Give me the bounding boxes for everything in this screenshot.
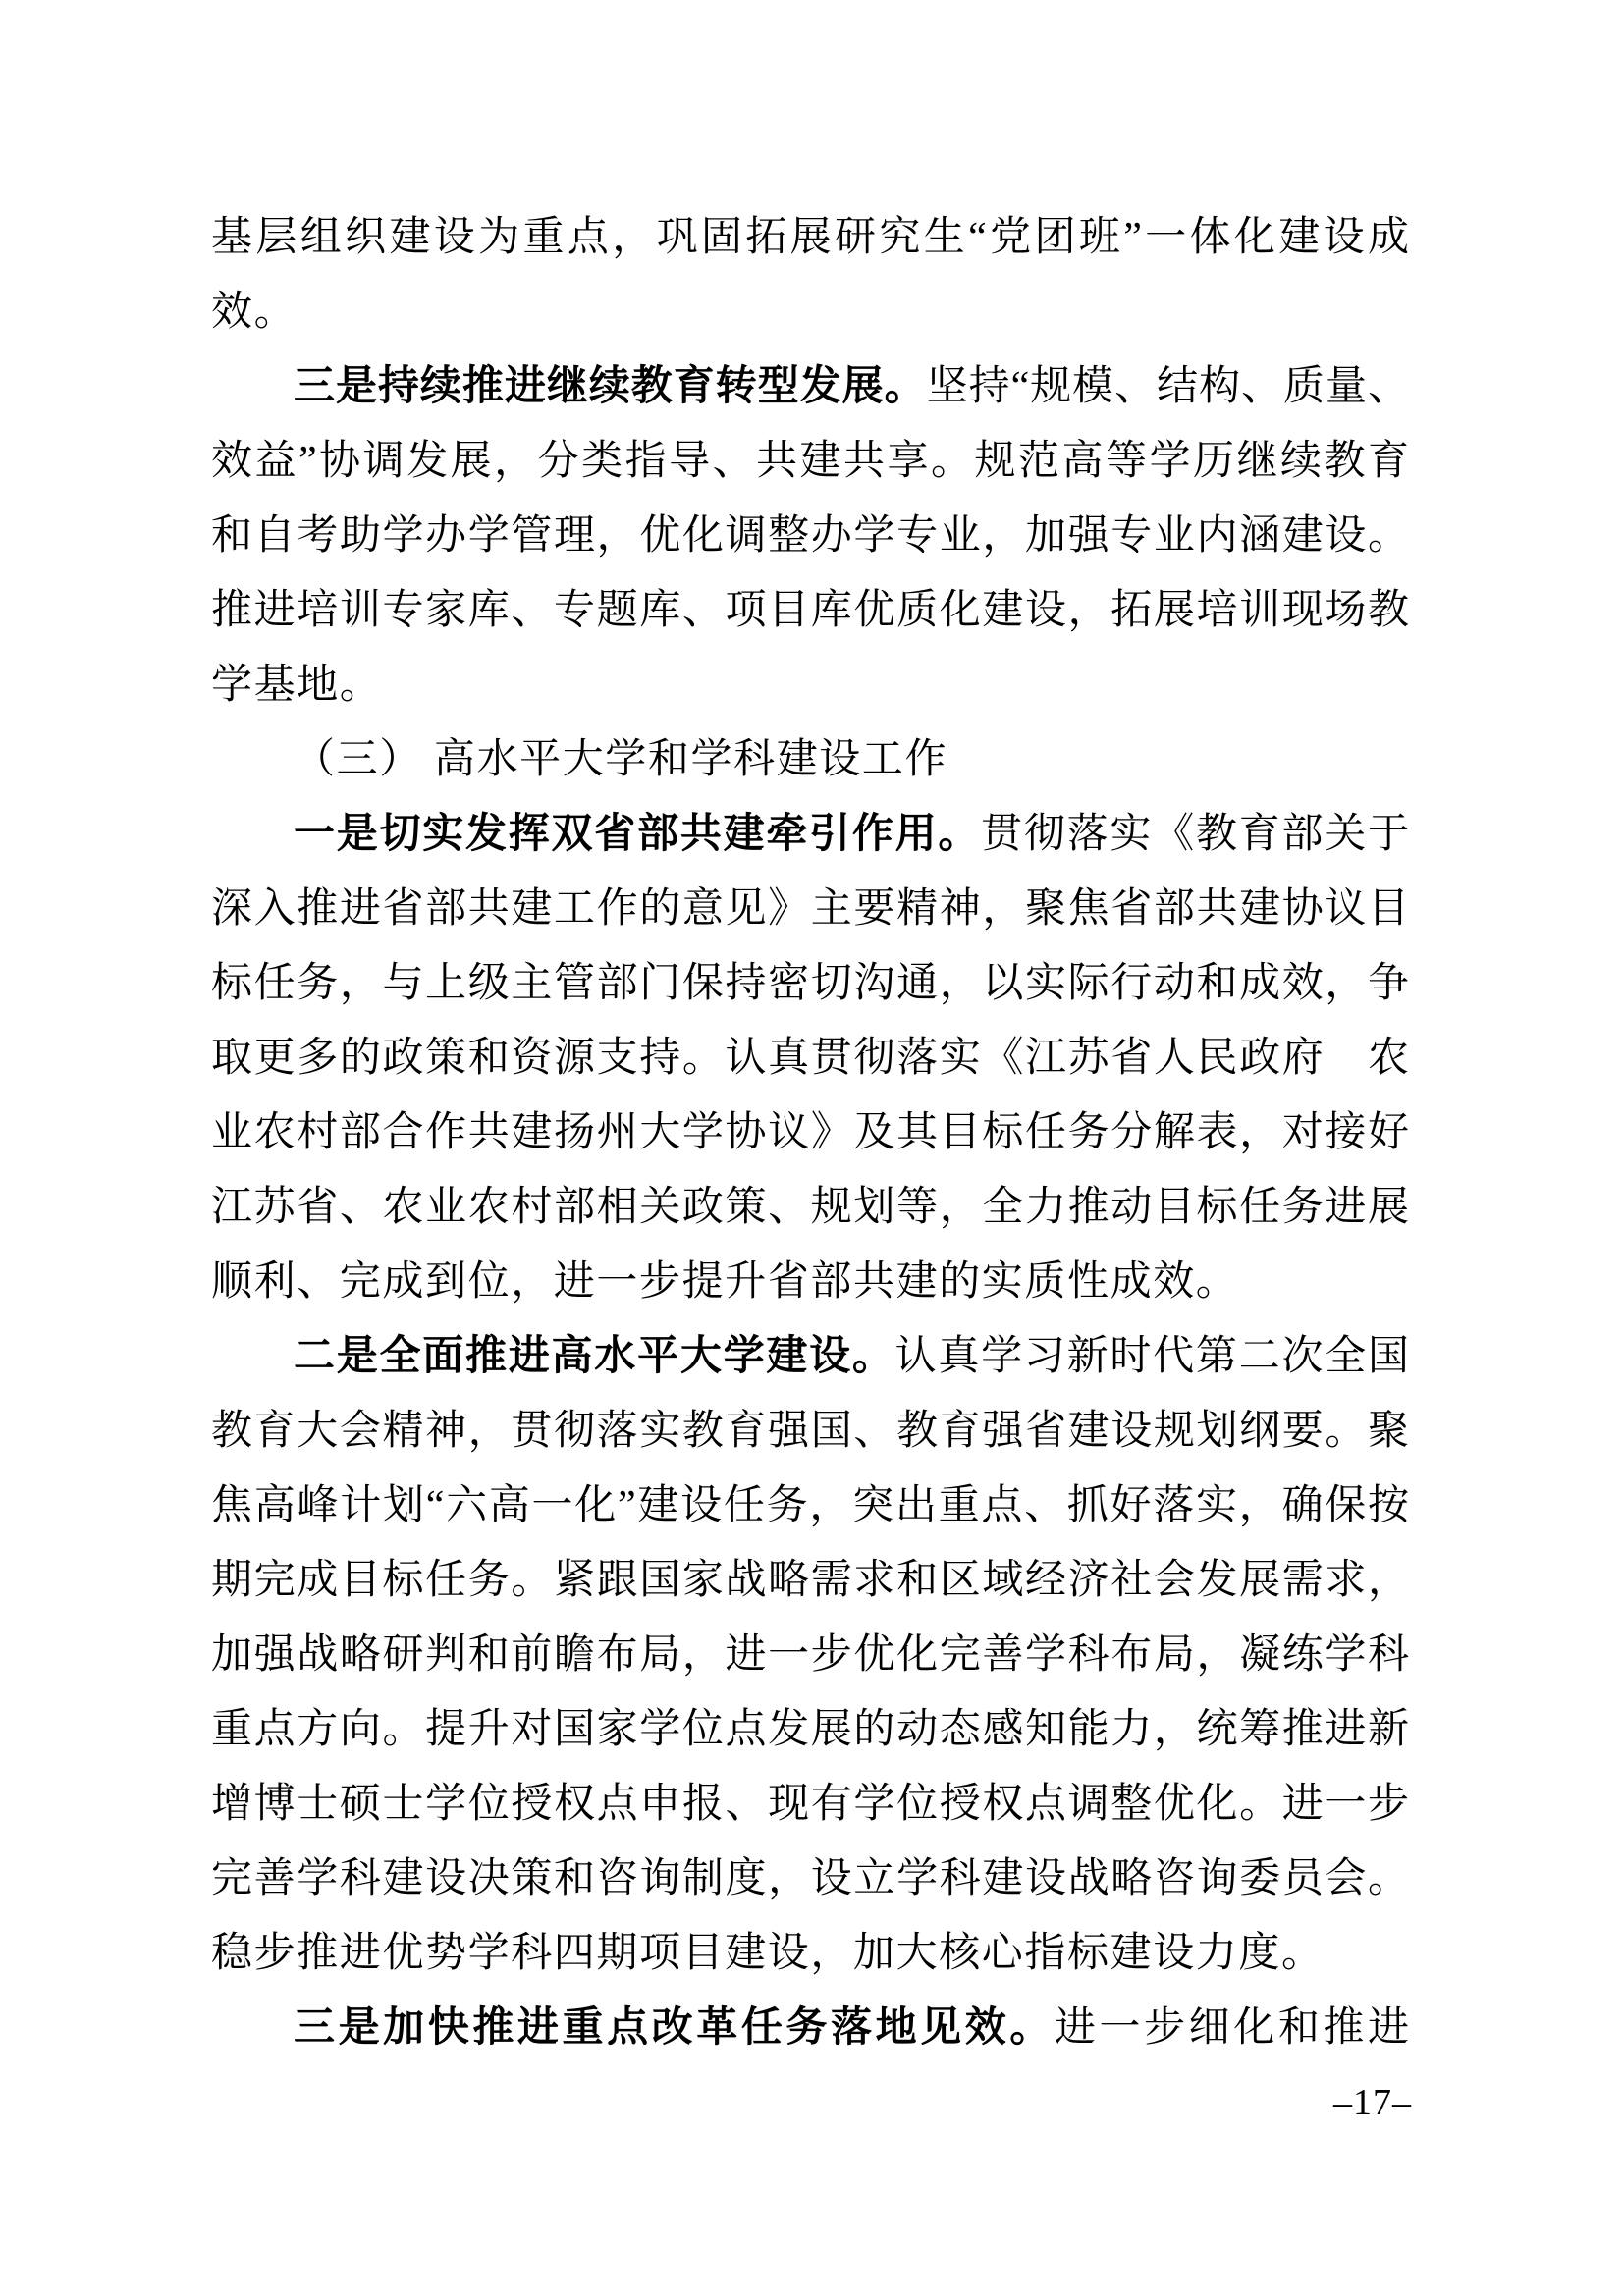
body-line: 教育大会精神，贯彻落实教育强国、教育强省建设规划纲要。聚 (211, 1394, 1409, 1468)
page-number: –17– (1333, 2079, 1412, 2126)
line-text: 标任务，与上级主管部门保持密切沟通，以实际行动和成效，争 (211, 961, 1409, 1006)
line-text: 认真学习新时代第二次全国 (895, 1334, 1409, 1379)
body-line: 业农村部合作共建扬州大学协议》及其目标任务分解表，对接好 (211, 1095, 1409, 1170)
body-line: 效益”协调发展，分类指导、共建共享。规范高等学历继续教育 (211, 424, 1409, 499)
section-heading: （三） 高水平大学和学科建设工作 (211, 722, 1409, 797)
body-line: 标任务，与上级主管部门保持密切沟通，以实际行动和成效，争 (211, 946, 1409, 1021)
line-text: 贯彻落实《教育部关于 (981, 812, 1409, 857)
text-block: 基层组织建设为重点，巩固拓展研究生“党团班”一体化建设成 效。 三是持续推进继续… (211, 200, 1409, 2065)
line-text: 江苏省、农业农村部相关政策、规划等，全力推动目标任务进展 (211, 1185, 1409, 1230)
line-text: 基层组织建设为重点，巩固拓展研究生“党团班”一体化建设成 (211, 215, 1409, 260)
body-line: 三是持续推进继续教育转型发展。坚持“规模、结构、质量、 (211, 349, 1409, 424)
body-line: 深入推进省部共建工作的意见》主要精神，聚焦省部共建协议目 (211, 872, 1409, 946)
body-line: 稳步推进优势学科四期项目建设，加大核心指标建设力度。 (211, 1916, 1409, 1991)
body-line: 二是全面推进高水平大学建设。认真学习新时代第二次全国 (211, 1319, 1409, 1394)
body-line: 江苏省、农业农村部相关政策、规划等，全力推动目标任务进展 (211, 1170, 1409, 1245)
body-line: 取更多的政策和资源支持。认真贯彻落实《江苏省人民政府 农 (211, 1021, 1409, 1095)
line-text: 顺利、完成到位，进一步提升省部共建的实质性成效。 (211, 1259, 1238, 1305)
line-text: 完善学科建设决策和咨询制度，设立学科建设战略咨询委员会。 (211, 1856, 1409, 1901)
bold-lead: 二是全面推进高水平大学建设。 (294, 1334, 895, 1379)
body-line: 和自考助学办学管理，优化调整办学专业，加强专业内涵建设。 (211, 499, 1409, 573)
body-line: 顺利、完成到位，进一步提升省部共建的实质性成效。 (211, 1245, 1409, 1319)
line-text: 效益”协调发展，分类指导、共建共享。规范高等学历继续教育 (211, 439, 1409, 484)
body-line: 三是加快推进重点改革任务落地见效。进一步细化和推进 (211, 1991, 1409, 2065)
body-line: 焦高峰计划“六高一化”建设任务，突出重点、抓好落实，确保按 (211, 1468, 1409, 1543)
body-line: 重点方向。提升对国家学位点发展的动态感知能力，统筹推进新 (211, 1692, 1409, 1767)
document-page: 基层组织建设为重点，巩固拓展研究生“党团班”一体化建设成 效。 三是持续推进继续… (0, 0, 1624, 2296)
line-text: 坚持“规模、结构、质量、 (927, 364, 1409, 409)
line-text: 学基地。 (211, 663, 382, 708)
line-text: 增博士硕士学位授权点申报、现有学位授权点调整优化。进一步 (211, 1782, 1409, 1827)
line-text: 取更多的政策和资源支持。认真贯彻落实《江苏省人民政府 农 (211, 1036, 1409, 1081)
line-text: 教育大会精神，贯彻落实教育强国、教育强省建设规划纲要。聚 (211, 1409, 1409, 1454)
line-text: 重点方向。提升对国家学位点发展的动态感知能力，统筹推进新 (211, 1707, 1409, 1752)
body-line: 一是切实发挥双省部共建牵引作用。贯彻落实《教育部关于 (211, 797, 1409, 872)
body-line: 效。 (211, 275, 1409, 349)
body-line: 期完成目标任务。紧跟国家战略需求和区域经济社会发展需求， (211, 1543, 1409, 1618)
line-text: 焦高峰计划“六高一化”建设任务，突出重点、抓好落实，确保按 (211, 1483, 1409, 1528)
body-line: 完善学科建设决策和咨询制度，设立学科建设战略咨询委员会。 (211, 1842, 1409, 1916)
bold-lead: 三是加快推进重点改革任务落地见效。 (294, 2005, 1055, 2051)
line-text: 加强战略研判和前瞻布局，进一步优化完善学科布局，凝练学科 (211, 1632, 1409, 1678)
line-text: 推进培训专家库、专题库、项目库优质化建设，拓展培训现场教 (211, 588, 1409, 633)
line-text: 业农村部合作共建扬州大学协议》及其目标任务分解表，对接好 (211, 1110, 1409, 1155)
body-line: 加强战略研判和前瞻布局，进一步优化完善学科布局，凝练学科 (211, 1618, 1409, 1692)
line-text: 深入推进省部共建工作的意见》主要精神，聚焦省部共建协议目 (211, 886, 1409, 932)
body-line: 学基地。 (211, 648, 1409, 722)
line-text: 稳步推进优势学科四期项目建设，加大核心指标建设力度。 (211, 1931, 1325, 1976)
body-line: 增博士硕士学位授权点申报、现有学位授权点调整优化。进一步 (211, 1767, 1409, 1842)
bold-lead: 一是切实发挥双省部共建牵引作用。 (294, 812, 981, 857)
line-text: （三） 高水平大学和学科建设工作 (294, 737, 947, 782)
line-text: 和自考助学办学管理，优化调整办学专业，加强专业内涵建设。 (211, 513, 1409, 559)
line-text: 期完成目标任务。紧跟国家战略需求和区域经济社会发展需求， (211, 1558, 1409, 1603)
bold-lead: 三是持续推进继续教育转型发展。 (294, 364, 927, 409)
line-text: 进一步细化和推进 (1055, 2005, 1409, 2051)
body-line: 基层组织建设为重点，巩固拓展研究生“党团班”一体化建设成 (211, 200, 1409, 275)
body-line: 推进培训专家库、专题库、项目库优质化建设，拓展培训现场教 (211, 573, 1409, 648)
line-text: 效。 (211, 290, 297, 335)
